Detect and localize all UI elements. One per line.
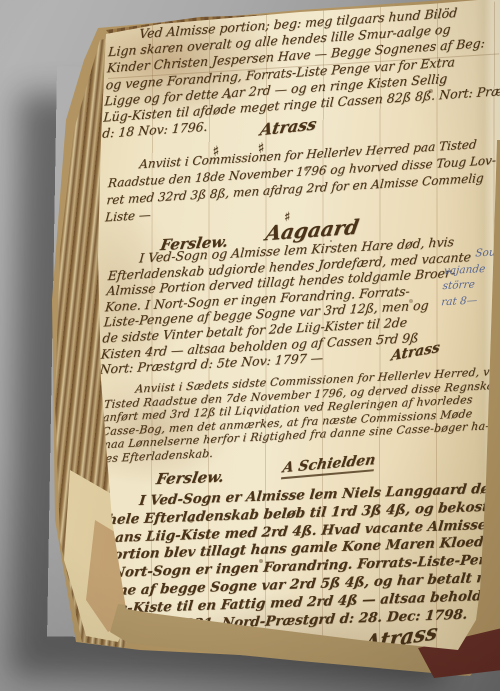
manuscript-photo: Ved Almisse portion; beg: meg tilgaars h… [0,0,500,691]
entry-1798: I Ved-Sogn er Almisse lem Niels Langgaar… [95,480,500,637]
margin-notes-blue-ink: Soubsvajandestörrerat 8— [441,245,500,311]
heading-ferslew-1798: Ferslew. [155,468,226,488]
entry-1797: I Ved-Sogn og Almisse lem Kirsten Hare d… [99,231,500,377]
ink-specks [0,0,2,2]
